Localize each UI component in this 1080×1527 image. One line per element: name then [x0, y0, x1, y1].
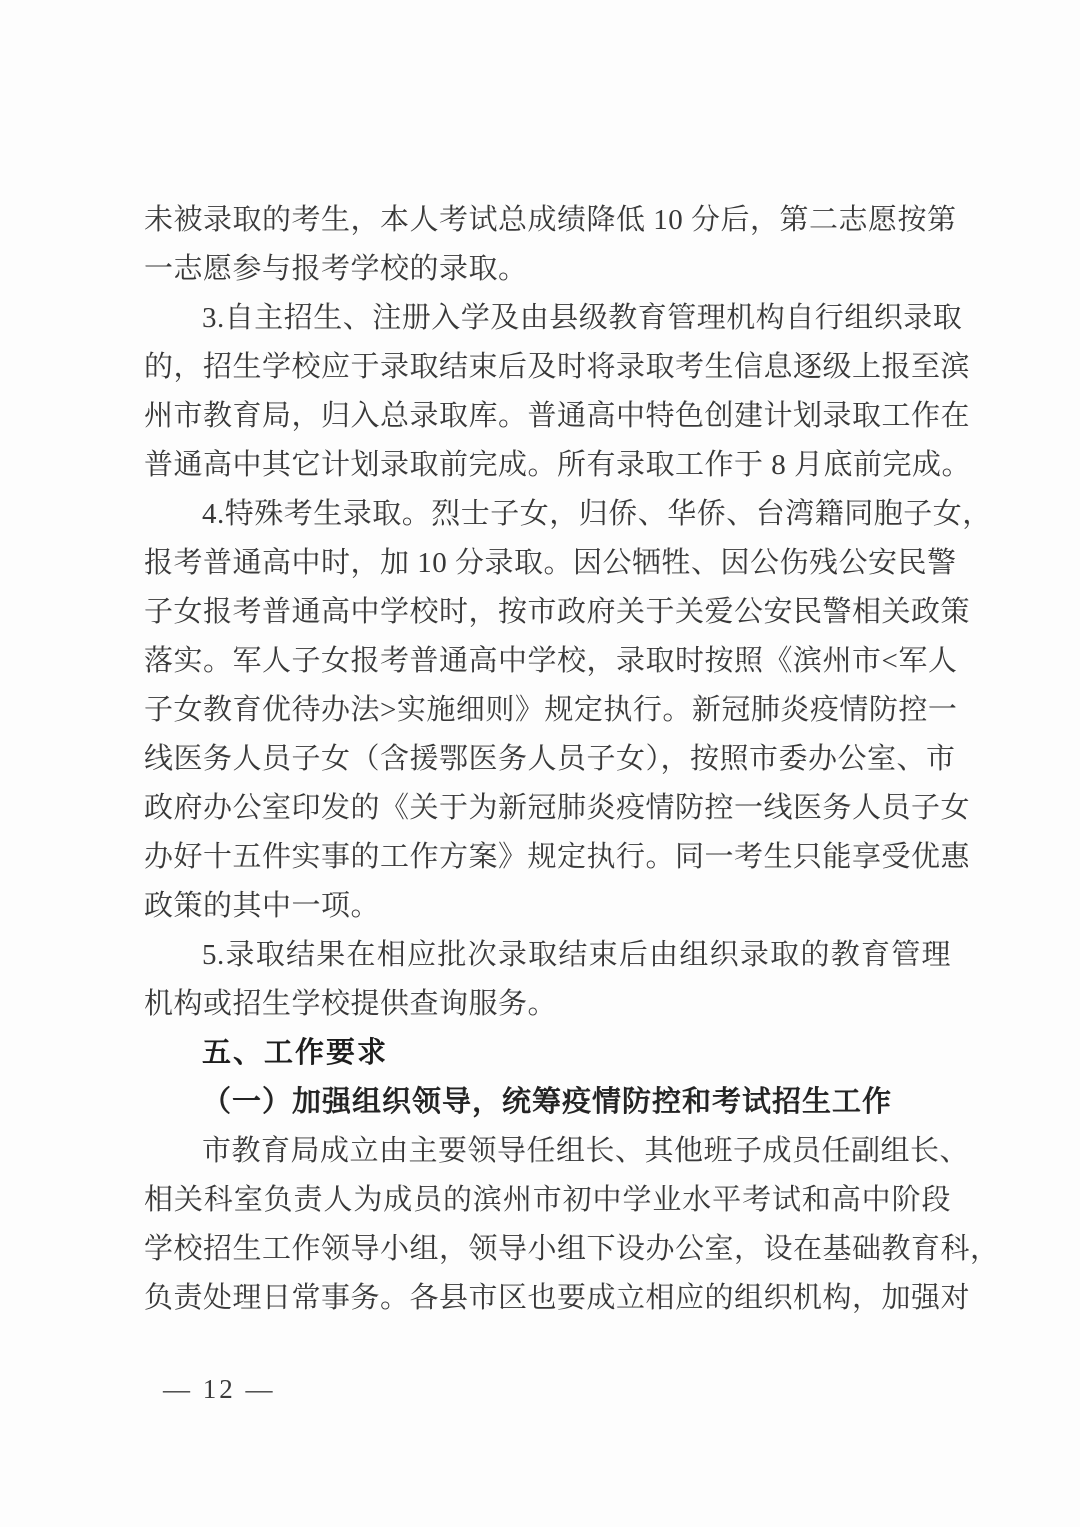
text-line: 子女报考普通高中学校时，按市政府关于关爱公安民警相关政策 [144, 588, 951, 637]
text-line: 一志愿参与报考学校的录取。 [144, 245, 951, 294]
text-line: 子女教育优待办法>实施细则》规定执行。新冠肺炎疫情防控一 [144, 686, 951, 735]
text-line: 5.录取结果在相应批次录取结束后由组织录取的教育管理 [144, 931, 951, 980]
text-line: 政府办公室印发的《关于为新冠肺炎疫情防控一线医务人员子女 [144, 784, 951, 833]
text-line: 相关科室负责人为成员的滨州市初中学业水平考试和高中阶段 [144, 1176, 951, 1225]
text-line: 州市教育局，归入总录取库。普通高中特色创建计划录取工作在 [144, 392, 951, 441]
text-line: 落实。军人子女报考普通高中学校，录取时按照《滨州市<军人 [144, 637, 951, 686]
document-page: 未被录取的考生，本人考试总成绩降低 10 分后，第二志愿按第一志愿参与报考学校的… [0, 0, 1080, 1527]
heading2-line: （一）加强组织领导，统筹疫情防控和考试招生工作 [144, 1078, 951, 1127]
text-line: 报考普通高中时，加 10 分录取。因公牺牲、因公伤残公安民警 [144, 539, 951, 588]
text-line: 学校招生工作领导小组，领导小组下设办公室，设在基础教育科， [144, 1225, 951, 1274]
page-number: — 12 — [163, 1372, 276, 1406]
text-line: 4.特殊考生录取。烈士子女，归侨、华侨、台湾籍同胞子女， [144, 490, 951, 539]
text-line: 负责处理日常事务。各县市区也要成立相应的组织机构，加强对 [144, 1274, 951, 1323]
text-line: 线医务人员子女（含援鄂医务人员子女），按照市委办公室、市 [144, 735, 951, 784]
text-line: 市教育局成立由主要领导任组长、其他班子成员任副组长、 [144, 1127, 951, 1176]
text-line: 政策的其中一项。 [144, 882, 951, 931]
document-body: 未被录取的考生，本人考试总成绩降低 10 分后，第二志愿按第一志愿参与报考学校的… [144, 196, 951, 1323]
text-line: 的，招生学校应于录取结束后及时将录取考生信息逐级上报至滨 [144, 343, 951, 392]
text-line: 未被录取的考生，本人考试总成绩降低 10 分后，第二志愿按第 [144, 196, 951, 245]
heading1-line: 五、工作要求 [144, 1029, 951, 1078]
text-line: 机构或招生学校提供查询服务。 [144, 980, 951, 1029]
text-line: 普通高中其它计划录取前完成。所有录取工作于 8 月底前完成。 [144, 441, 951, 490]
text-line: 3.自主招生、注册入学及由县级教育管理机构自行组织录取 [144, 294, 951, 343]
text-line: 办好十五件实事的工作方案》规定执行。同一考生只能享受优惠 [144, 833, 951, 882]
